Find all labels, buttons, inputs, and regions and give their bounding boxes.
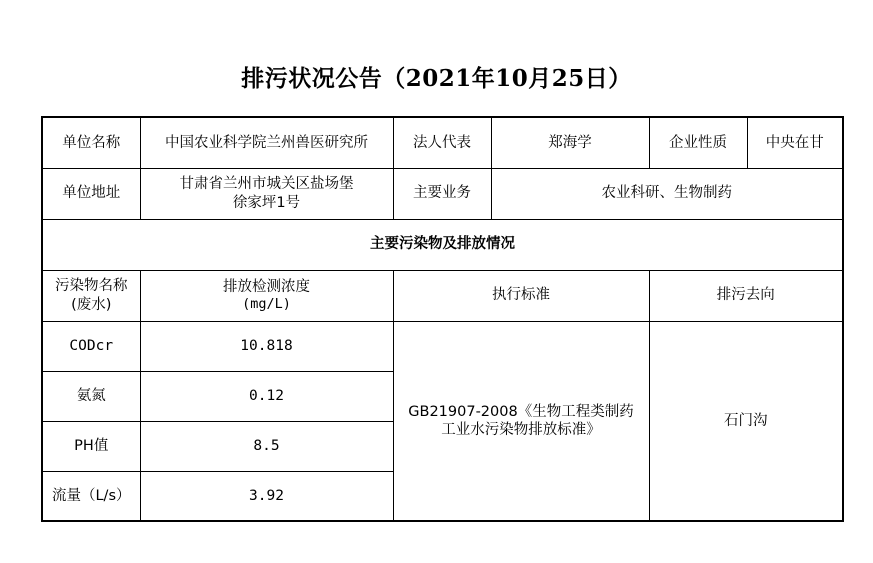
pollutant-value: 8.5 <box>140 421 393 471</box>
address-value: 甘肃省兰州市城关区盐场堡 徐家坪1号 <box>140 168 393 219</box>
business-label: 主要业务 <box>393 168 491 219</box>
pollutant-name: 流量（L/s） <box>42 471 140 521</box>
header-pollutant-name: 污染物名称 (废水) <box>42 270 140 321</box>
header-pollutant-name-line1: 污染物名称 <box>43 277 140 295</box>
info-row-address: 单位地址 甘肃省兰州市城关区盐场堡 徐家坪1号 主要业务 农业科研、生物制药 <box>42 168 843 219</box>
header-standard: 执行标准 <box>393 270 649 321</box>
standard-line-2: 工业水污染物排放标准》 <box>394 421 649 439</box>
unit-name-value: 中国农业科学院兰州兽医研究所 <box>140 117 393 168</box>
standard-line-1: GB21907-2008《生物工程类制药 <box>394 403 649 421</box>
legal-rep-value: 郑海学 <box>491 117 649 168</box>
pollutant-name: 氨氮 <box>42 371 140 421</box>
address-line-2: 徐家坪1号 <box>141 194 393 212</box>
pollutant-row: CODcr 10.818 GB21907-2008《生物工程类制药 工业水污染物… <box>42 321 843 371</box>
destination-value: 石门沟 <box>649 321 843 521</box>
page-title: 排污状况公告（2021年10月25日） <box>0 60 873 93</box>
pollutant-name: PH值 <box>42 421 140 471</box>
enterprise-type-value: 中央在甘 <box>747 117 843 168</box>
enterprise-type-label: 企业性质 <box>649 117 747 168</box>
standard-value: GB21907-2008《生物工程类制药 工业水污染物排放标准》 <box>393 321 649 521</box>
pollutant-value: 3.92 <box>140 471 393 521</box>
address-line-1: 甘肃省兰州市城关区盐场堡 <box>141 175 393 193</box>
discharge-notice-table: 单位名称 中国农业科学院兰州兽医研究所 法人代表 郑海学 企业性质 中央在甘 单… <box>41 116 844 522</box>
unit-name-label: 单位名称 <box>42 117 140 168</box>
business-value: 农业科研、生物制药 <box>491 168 843 219</box>
legal-rep-label: 法人代表 <box>393 117 491 168</box>
header-pollutant-name-line2: (废水) <box>43 296 140 314</box>
address-label: 单位地址 <box>42 168 140 219</box>
section-header-row: 主要污染物及排放情况 <box>42 219 843 270</box>
pollutant-value: 0.12 <box>140 371 393 421</box>
pollutant-header-row: 污染物名称 (废水) 排放检测浓度 (mg/L) 执行标准 排污去向 <box>42 270 843 321</box>
header-destination: 排污去向 <box>649 270 843 321</box>
section-title: 主要污染物及排放情况 <box>42 219 843 270</box>
header-concentration: 排放检测浓度 (mg/L) <box>140 270 393 321</box>
pollutant-value: 10.818 <box>140 321 393 371</box>
info-row-unit: 单位名称 中国农业科学院兰州兽医研究所 法人代表 郑海学 企业性质 中央在甘 <box>42 117 843 168</box>
header-concentration-line2: (mg/L) <box>141 296 393 313</box>
header-concentration-line1: 排放检测浓度 <box>141 278 393 296</box>
pollutant-name: CODcr <box>42 321 140 371</box>
